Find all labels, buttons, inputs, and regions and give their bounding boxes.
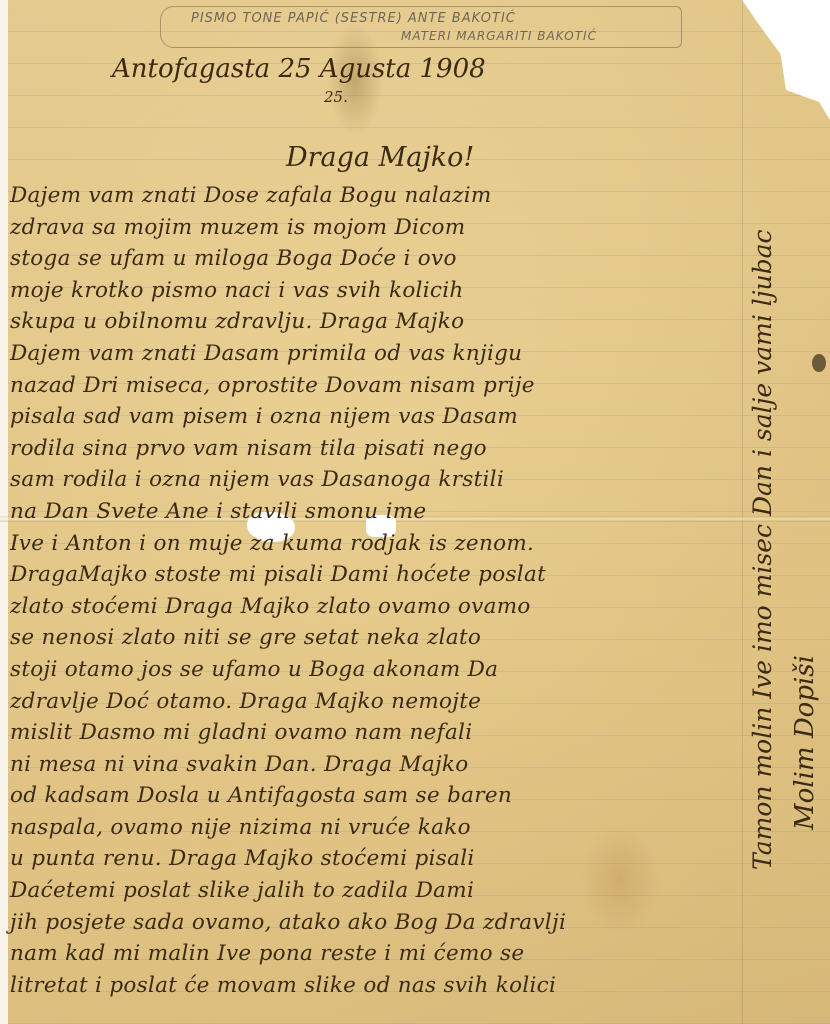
body-line: jih posjete sada ovamo, atako ako Bog Da… [10, 907, 750, 939]
body-line: pisala sad vam pisem i ozna nijem vas Da… [10, 401, 750, 433]
body-line: Dajem vam znati Dasam primila od vas knj… [10, 338, 750, 370]
body-line: stoga se ufam u miloga Boga Doće i ovo [10, 243, 750, 275]
body-line: stoji otamo jos se ufamo u Boga akonam D… [10, 654, 750, 686]
body-line: od kadsam Dosla u Antifagosta sam se bar… [10, 780, 750, 812]
body-line: zdravlje Doć otamo. Draga Majko nemojte [10, 686, 750, 718]
pencil-annotation-line-2: MATERI MARGARITI BAKOTIĆ [401, 29, 597, 43]
body-line: ni mesa ni vina svakin Dan. Draga Majko [10, 749, 750, 781]
ink-stain [812, 354, 826, 372]
torn-corner [720, 0, 830, 120]
body-line: u punta renu. Draga Majko stoćemi pisali [10, 843, 750, 875]
body-line: zlato stoćemi Draga Majko zlato ovamo ov… [10, 591, 750, 623]
body-line: skupa u obilnomu zdravlju. Draga Majko [10, 306, 750, 338]
day-correction: 25. [324, 88, 348, 106]
pencil-annotation-line-1: PISMO TONE PAPIĆ (SESTRE) ANTE BAKOTIĆ [191, 11, 516, 26]
body-line: se nenosi zlato niti se gre setat neka z… [10, 622, 750, 654]
salutation: Draga Majko! [286, 142, 474, 173]
body-line: mislit Dasmo mi gladni ovamo nam nefali [10, 717, 750, 749]
letter-page: PISMO TONE PAPIĆ (SESTRE) ANTE BAKOTIĆ M… [0, 0, 830, 1024]
body-line: DragaMajko stoste mi pisali Dami hoćete … [10, 559, 750, 591]
body-line: litretat i poslat će movam slike od nas … [10, 970, 750, 1002]
body-line: naspala, ovamo nije nizima ni vruće kako [10, 812, 750, 844]
body-line: Daćetemi poslat slike jalih to zadila Da… [10, 875, 750, 907]
margin-note-outer: Tamon molin Ive imo misec Dan i salje va… [748, 229, 777, 870]
margin-note-inner: Molim Dopiši [790, 655, 820, 830]
body-line: sam rodila i ozna nijem vas Dasanoga krs… [10, 464, 750, 496]
letter-body: Dajem vam znati Dose zafala Bogu nalazim… [10, 180, 750, 1001]
body-line: moje krotko pismo naci i vas svih kolici… [10, 275, 750, 307]
scan-edge [0, 0, 8, 1024]
dateline-text: Antofagasta 25 Agusta 1908 [112, 54, 486, 84]
body-line: zdrava sa mojim muzem is mojom Dicom [10, 212, 750, 244]
pencil-annotation: PISMO TONE PAPIĆ (SESTRE) ANTE BAKOTIĆ M… [160, 6, 682, 48]
body-line: Ive i Anton i on muje za kuma rodjak is … [10, 528, 750, 560]
body-line: rodila sina prvo vam nisam tila pisati n… [10, 433, 750, 465]
body-line: nazad Dri miseca, oprostite Dovam nisam … [10, 370, 750, 402]
body-line: Dajem vam znati Dose zafala Bogu nalazim [10, 180, 750, 212]
body-line: nam kad mi malin Ive pona reste i mi ćem… [10, 938, 750, 970]
dateline: Antofagasta 25 Agusta 1908 25. [112, 54, 486, 84]
body-line: na Dan Svete Ane i stavili smonu ime [10, 496, 750, 528]
